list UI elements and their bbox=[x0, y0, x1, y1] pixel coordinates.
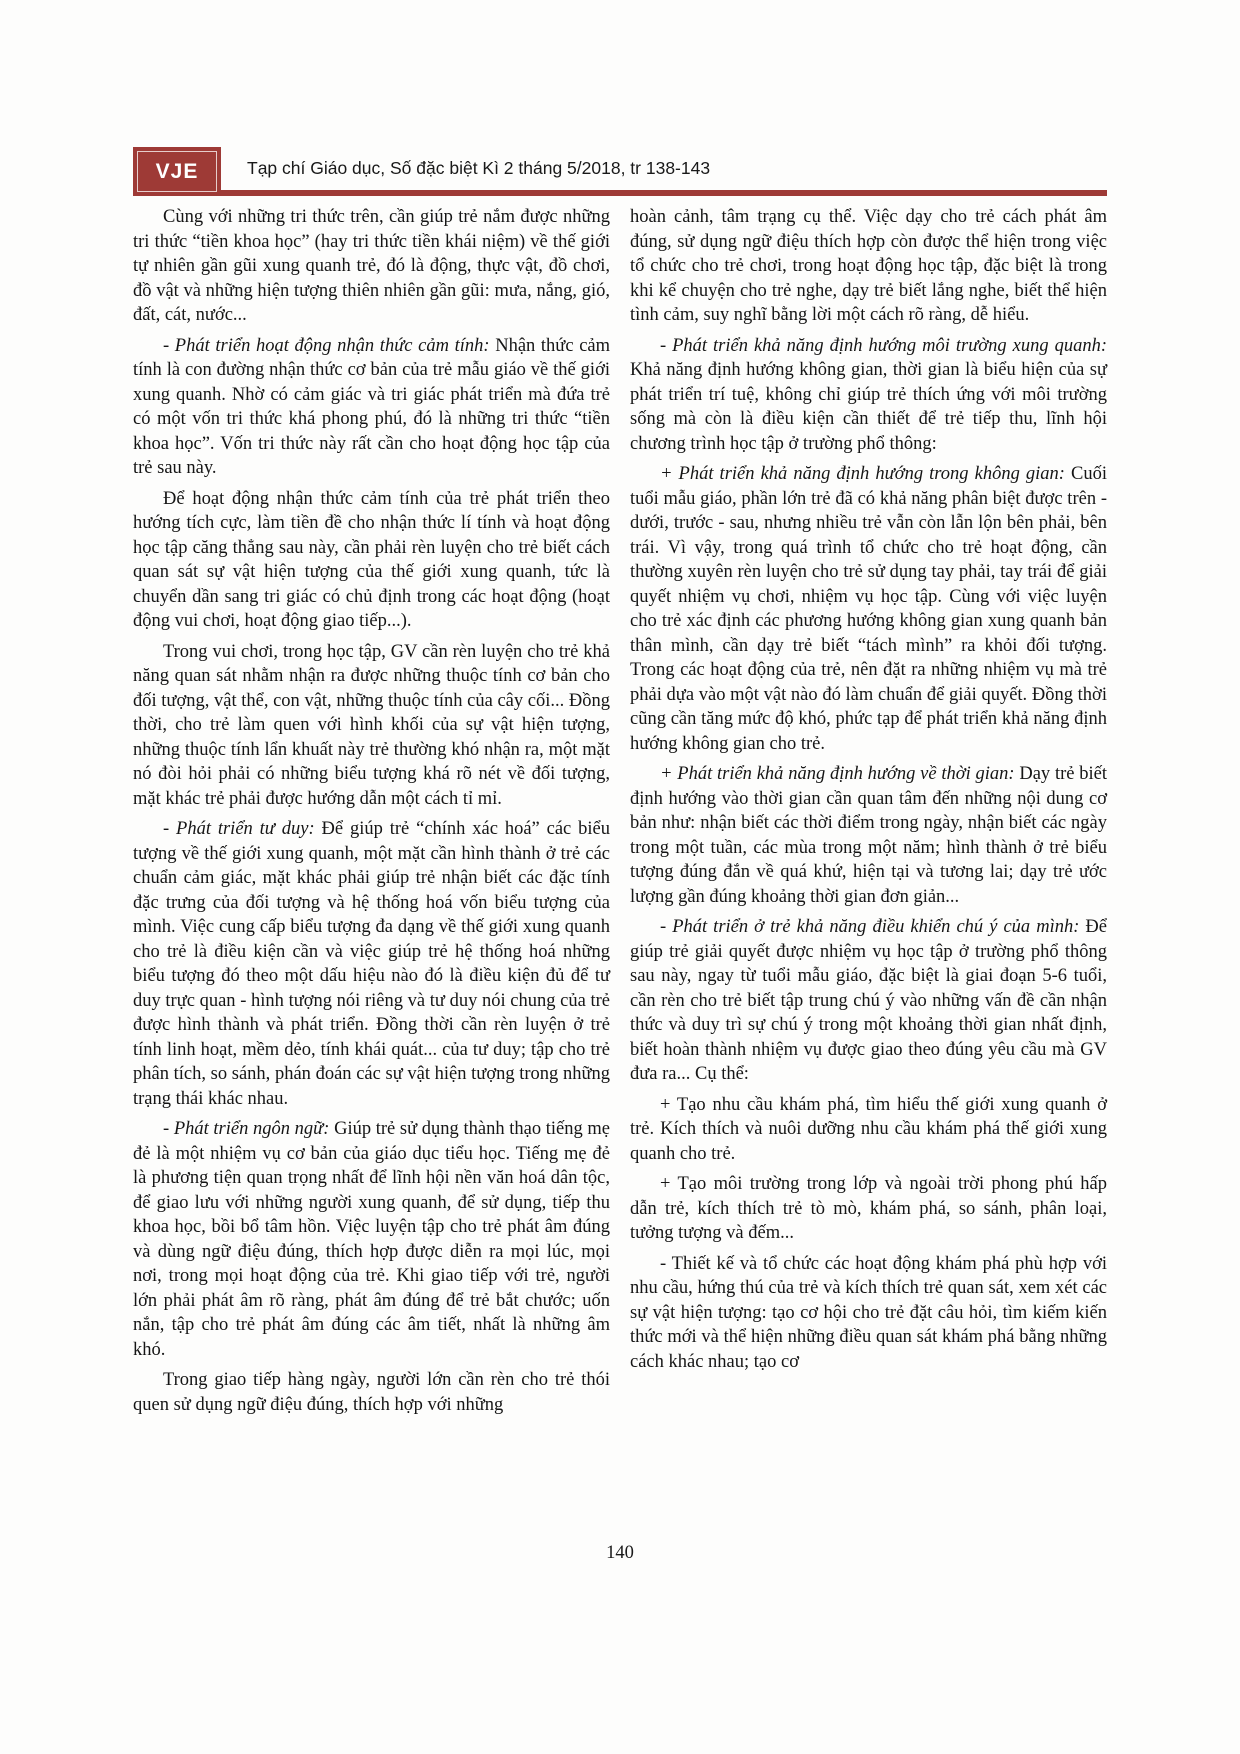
paragraph: - Phát triển tư duy: Để giúp trẻ “chính … bbox=[133, 817, 610, 1111]
paragraph: + Tạo nhu cầu khám phá, tìm hiểu thế giớ… bbox=[630, 1093, 1107, 1167]
paragraph-text: + Tạo nhu cầu khám phá, tìm hiểu thế giớ… bbox=[630, 1095, 1107, 1164]
paragraph-text: Cuối tuổi mẫu giáo, phần lớn trẻ đã có k… bbox=[630, 464, 1107, 754]
paragraph-text: Dạy trẻ biết định hướng vào thời gian cầ… bbox=[630, 764, 1107, 907]
paragraph-lead: - Phát triển ở trẻ khả năng điều khiển c… bbox=[660, 917, 1085, 937]
paragraph: - Phát triển ở trẻ khả năng điều khiển c… bbox=[630, 915, 1107, 1087]
paragraph: - Phát triển khả năng định hướng môi trư… bbox=[630, 334, 1107, 457]
paragraph-lead: + Phát triển khả năng định hướng về thời… bbox=[660, 764, 1019, 784]
paragraph-lead: - Phát triển tư duy: bbox=[163, 819, 322, 839]
journal-logo-frame: VJE bbox=[137, 151, 217, 192]
right-column: hoàn cảnh, tâm trạng cụ thể. Việc dạy ch… bbox=[630, 205, 1107, 1423]
paragraph: Cùng với những tri thức trên, cần giúp t… bbox=[133, 205, 610, 328]
paragraph: + Phát triển khả năng định hướng về thời… bbox=[630, 762, 1107, 909]
paragraph: + Phát triển khả năng định hướng trong k… bbox=[630, 462, 1107, 756]
paragraph-lead: - Phát triển hoạt động nhận thức cảm tín… bbox=[163, 336, 495, 356]
journal-citation: Tạp chí Giáo dục, Số đặc biệt Kì 2 tháng… bbox=[247, 147, 710, 190]
paragraph-text: Trong giao tiếp hàng ngày, người lớn cần… bbox=[133, 1370, 610, 1415]
paragraph-text: Trong vui chơi, trong học tập, GV cần rè… bbox=[133, 642, 610, 809]
page: VJE Tạp chí Giáo dục, Số đặc biệt Kì 2 t… bbox=[0, 0, 1240, 1754]
paragraph-text: Để hoạt động nhận thức cảm tính của trẻ … bbox=[133, 489, 610, 632]
paragraph-text: Nhận thức cảm tính là con đường nhận thứ… bbox=[133, 336, 610, 479]
paragraph: + Tạo môi trường trong lớp và ngoài trời… bbox=[630, 1172, 1107, 1246]
paragraph: Để hoạt động nhận thức cảm tính của trẻ … bbox=[133, 487, 610, 634]
paragraph-text: - Thiết kế và tổ chức các hoạt động khám… bbox=[630, 1254, 1107, 1372]
left-column: Cùng với những tri thức trên, cần giúp t… bbox=[133, 205, 610, 1423]
paragraph: - Phát triển ngôn ngữ: Giúp trẻ sử dụng … bbox=[133, 1117, 610, 1362]
paragraph-lead: - Phát triển khả năng định hướng môi trư… bbox=[660, 336, 1107, 356]
article-body: Cùng với những tri thức trên, cần giúp t… bbox=[133, 205, 1107, 1423]
journal-header: VJE Tạp chí Giáo dục, Số đặc biệt Kì 2 t… bbox=[133, 147, 1107, 196]
paragraph-text: hoàn cảnh, tâm trạng cụ thể. Việc dạy ch… bbox=[630, 207, 1107, 325]
paragraph-text: Để giúp trẻ giải quyết được nhiệm vụ học… bbox=[630, 917, 1107, 1084]
paragraph-text: Để giúp trẻ “chính xác hoá” các biểu tượ… bbox=[133, 819, 610, 1109]
paragraph: Trong giao tiếp hàng ngày, người lớn cần… bbox=[133, 1368, 610, 1417]
journal-logo: VJE bbox=[133, 147, 221, 196]
paragraph-text: + Tạo môi trường trong lớp và ngoài trời… bbox=[630, 1174, 1107, 1243]
paragraph-text: Cùng với những tri thức trên, cần giúp t… bbox=[133, 207, 610, 325]
paragraph-text: Giúp trẻ sử dụng thành thạo tiếng mẹ đẻ … bbox=[133, 1119, 610, 1360]
page-number: 140 bbox=[0, 1543, 1240, 1564]
paragraph: - Thiết kế và tổ chức các hoạt động khám… bbox=[630, 1252, 1107, 1375]
paragraph: Trong vui chơi, trong học tập, GV cần rè… bbox=[133, 640, 610, 812]
header-rule bbox=[133, 190, 1107, 196]
paragraph-text: Khả năng định hướng không gian, thời gia… bbox=[630, 360, 1107, 454]
paragraph: - Phát triển hoạt động nhận thức cảm tín… bbox=[133, 334, 610, 481]
paragraph: hoàn cảnh, tâm trạng cụ thể. Việc dạy ch… bbox=[630, 205, 1107, 328]
paragraph-lead: - Phát triển ngôn ngữ: bbox=[163, 1119, 334, 1139]
journal-logo-text: VJE bbox=[156, 160, 199, 184]
paragraph-lead: + Phát triển khả năng định hướng trong k… bbox=[660, 464, 1071, 484]
